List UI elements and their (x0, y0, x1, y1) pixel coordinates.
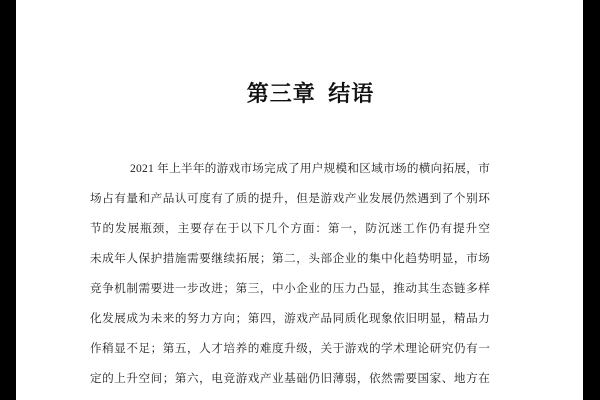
body-paragraph: 2021 年上半年的游戏市场完成了用户规模和区域市场的横向拓展，市 场占有量和产… (90, 154, 490, 394)
viewer-background: 第三章 结语 2021 年上半年的游戏市场完成了用户规模和区域市场的横向拓展，市… (0, 0, 600, 400)
paragraph-line: 竞争机制需要进一步改进；第三，中小企业的压力凸显，推动其生态链多样 (90, 274, 490, 304)
paragraph-line: 2021 年上半年的游戏市场完成了用户规模和区域市场的横向拓展，市 (90, 154, 490, 184)
paragraph-line: 场占有量和产品认可度有了质的提升，但是游戏产业发展仍然遇到了个别环 (90, 184, 490, 214)
paragraph-line: 作稍显不足；第五，人才培养的难度升级，关于游戏的学术理论研究仍有一 (90, 334, 490, 364)
paragraph-line: 未成年人保护措施需要继续拓展；第二，头部企业的集中化趋势明显，市场 (90, 244, 490, 274)
paragraph-line: 节的发展瓶颈，主要存在于以下几个方面：第一，防沉迷工作仍有提升空间， (90, 214, 490, 244)
paragraph-line: 定的上升空间；第六，电竞游戏产业基础仍旧薄弱，依然需要国家、地方在 (90, 364, 490, 394)
chapter-title: 第三章 结语 (27, 81, 594, 107)
paragraph-line: 化发展成为未来的努力方向；第四，游戏产品同质化现象依旧明显，精品力 (90, 304, 490, 334)
document-page: 第三章 结语 2021 年上半年的游戏市场完成了用户规模和区域市场的横向拓展，市… (16, 0, 583, 400)
